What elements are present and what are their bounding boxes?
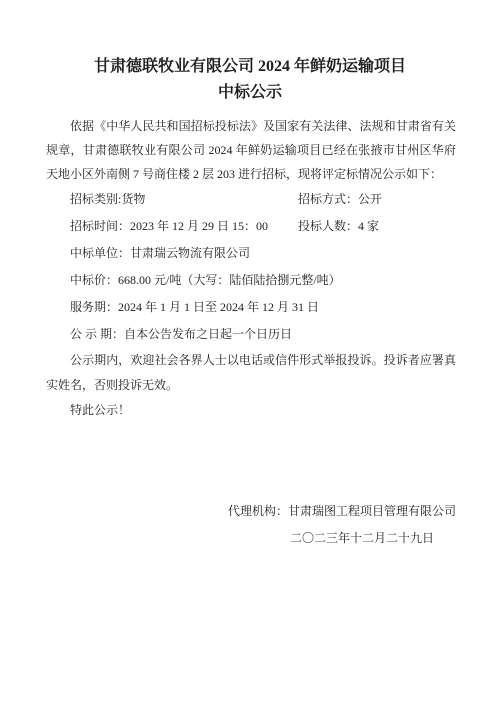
service-period-field: 服务期：2024 年 1 月 1 日至 2024 年 12 月 31 日 (70, 294, 319, 321)
field-row: 服务期：2024 年 1 月 1 日至 2024 年 12 月 31 日 (70, 294, 456, 321)
closing-statement: 特此公示！ (46, 398, 456, 423)
bid-time-field: 招标时间：2023 年 12 月 29 日 15：00 (70, 213, 298, 240)
document-footer: 代理机构：甘肃瑞图工程项目管理有限公司 二〇二三年十二月二十九日 (46, 498, 456, 552)
bid-category-field: 招标类别:货物 (70, 186, 298, 213)
document-title: 甘肃德联牧业有限公司 2024 年鲜奶运输项目 (0, 54, 500, 80)
bid-fields: 招标类别:货物 招标方式：公开 招标时间：2023 年 12 月 29 日 15… (46, 186, 456, 348)
field-row: 中标单位：甘肃瑞云物流有限公司 (70, 240, 456, 267)
publicity-period-field: 公 示 期：自本公告发布之日起一个日历日 (70, 321, 292, 348)
bidder-count-field: 投标人数：4 家 (298, 213, 379, 240)
winner-field: 中标单位：甘肃瑞云物流有限公司 (70, 240, 250, 267)
bid-method-field: 招标方式：公开 (298, 186, 382, 213)
winning-price-field: 中标价：668.00 元/吨（大写：陆佰陆拾捌元整/吨） (70, 267, 341, 294)
date-line: 二〇二三年十二月二十九日 (46, 525, 456, 552)
document-title-block: 甘肃德联牧业有限公司 2024 年鲜奶运输项目 中标公示 (0, 54, 500, 106)
field-row: 中标价：668.00 元/吨（大写：陆佰陆拾捌元整/吨） (70, 267, 456, 294)
complaint-notice: 公示期内，欢迎社会各界人士以电话或信件形式举报投诉。投诉者应署真实姓名，否则投诉… (46, 348, 456, 398)
document-subtitle: 中标公示 (0, 80, 500, 106)
agency-line: 代理机构：甘肃瑞图工程项目管理有限公司 (46, 498, 456, 525)
intro-paragraph: 依据《中华人民共和国招标投标法》及国家有关法律、法规和甘肃省有关规章，甘肃德联牧… (46, 114, 456, 186)
document-page: 甘肃德联牧业有限公司 2024 年鲜奶运输项目 中标公示 依据《中华人民共和国招… (0, 0, 500, 706)
field-row: 招标时间：2023 年 12 月 29 日 15：00 投标人数：4 家 (70, 213, 456, 240)
field-row: 招标类别:货物 招标方式：公开 (70, 186, 456, 213)
field-row: 公 示 期：自本公告发布之日起一个日历日 (70, 321, 456, 348)
document-body: 依据《中华人民共和国招标投标法》及国家有关法律、法规和甘肃省有关规章，甘肃德联牧… (46, 114, 456, 552)
